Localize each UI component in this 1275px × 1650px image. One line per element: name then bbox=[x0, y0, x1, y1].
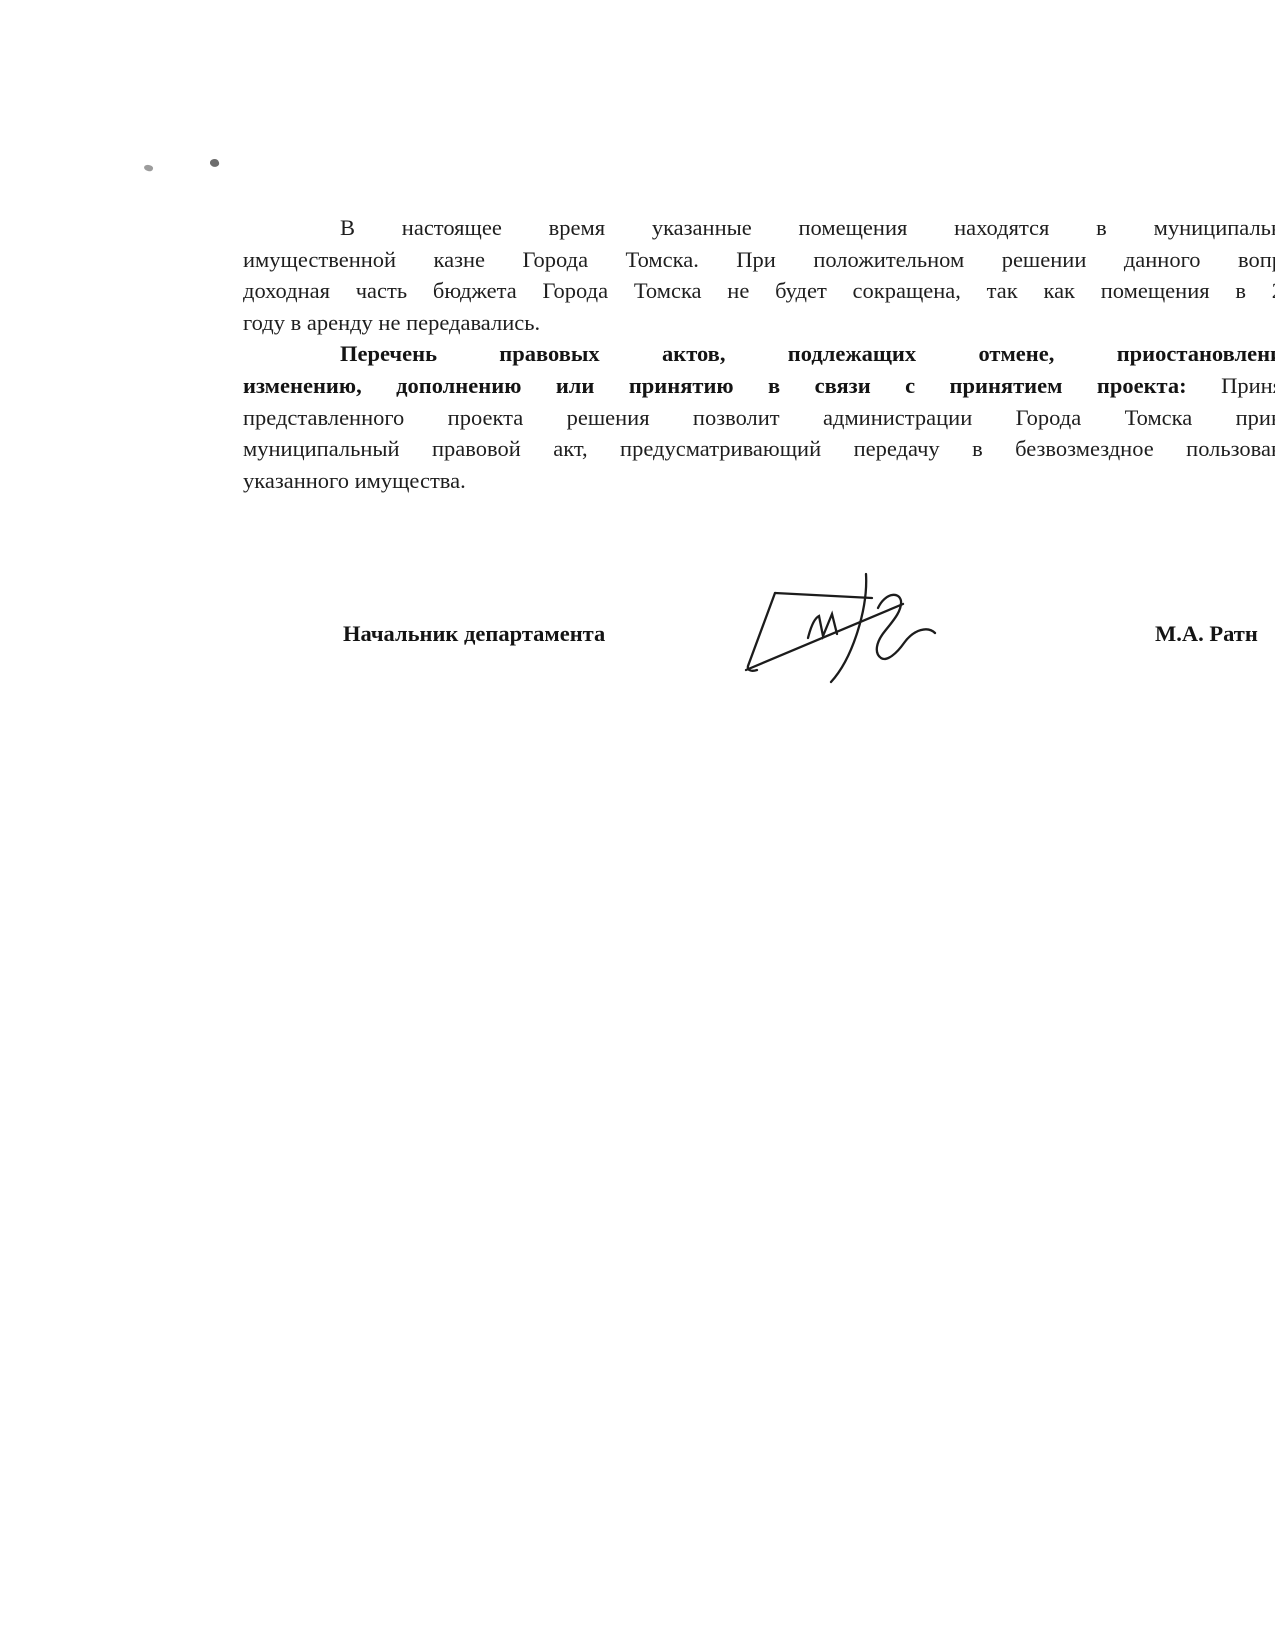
signatory-name: М.А. Ратн bbox=[1155, 618, 1258, 650]
handwritten-signature-icon bbox=[735, 563, 965, 695]
scan-speck bbox=[143, 164, 153, 172]
scan-speck bbox=[209, 158, 220, 168]
paragraph-line: году в аренду не передавались. bbox=[243, 307, 1275, 339]
paragraph-line: доходная часть бюджета Города Томска не … bbox=[243, 275, 1275, 307]
paragraph-line: В настоящее время указанные помещения на… bbox=[243, 212, 1275, 244]
paragraph-line: имущественной казне Города Томска. При п… bbox=[243, 244, 1275, 276]
signatory-title: Начальник департамента bbox=[343, 618, 605, 650]
paragraph-line: представленного проекта решения позволит… bbox=[243, 402, 1275, 434]
paragraph-line: муниципальный правовой акт, предусматрив… bbox=[243, 433, 1275, 465]
scanned-document-page: В настоящее время указанные помещения на… bbox=[0, 0, 1275, 1650]
regular-text-run: Приня bbox=[1221, 373, 1275, 398]
document-body-text: В настоящее время указанные помещения на… bbox=[243, 212, 1275, 496]
paragraph-line: указанного имущества. bbox=[243, 465, 1275, 497]
paragraph-line-bold: Перечень правовых актов, подлежащих отме… bbox=[243, 338, 1275, 370]
bold-text-run: изменению, дополнению или принятию в свя… bbox=[243, 373, 1187, 398]
paragraph-line-mixed: изменению, дополнению или принятию в свя… bbox=[243, 370, 1275, 402]
